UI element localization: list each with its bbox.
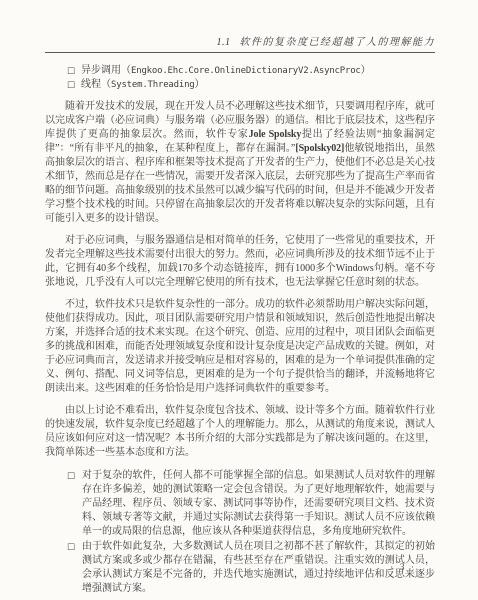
code-identifier: System.Threading	[111, 80, 195, 90]
paren-close: ）	[361, 65, 371, 76]
paren-open: （	[121, 65, 131, 76]
paragraph-domain-complexity: 不过，软件技术只是软件复杂性的一部分。成功的软件必须帮助用户解决实际问题，使他们…	[45, 298, 435, 396]
list-item-label: 线程	[81, 79, 101, 90]
paren-close: ）	[195, 79, 205, 90]
list-item-advice-information: □对于复杂的软件，任何人都不可能掌握全部的信息。如果测试人员对软件的理解存在许多…	[67, 469, 435, 539]
expert-name: Jole Spolsky	[249, 129, 302, 140]
page-content: □异步调用（Engkoo.Ehc.Core.OnlineDictionaryV2…	[45, 60, 435, 597]
square-bullet-icon: □	[67, 469, 75, 483]
list-item-text: 对于复杂的软件，任何人都不可能掌握全部的信息。如果测试人员对软件的理解存在许多偏…	[82, 470, 435, 537]
testing-advice-list: □对于复杂的软件，任何人都不可能掌握全部的信息。如果测试人员对软件的理解存在许多…	[45, 469, 435, 596]
square-bullet-icon: □	[67, 80, 75, 90]
header-rule	[45, 52, 435, 53]
citation-ref: [Spolsky02]	[295, 143, 344, 154]
list-item-label: 异步调用	[81, 65, 121, 76]
list-item-advice-iteration: □由于软件如此复杂，大多数测试人员在项目之初都不甚了解软件，其拟定的初始测试方案…	[67, 540, 435, 596]
square-bullet-icon: □	[67, 66, 75, 76]
section-title: 软件的复杂度已经超越了人的理解能力	[240, 37, 436, 48]
paragraph-bing-dict-tech: 对于必应词典，与服务器通信是相对简单的任务，它使用了一些常见的重要技术，开发者完…	[45, 234, 435, 290]
page-header: 1.1软件的复杂度已经超越了人的理解能力	[45, 33, 435, 53]
paren-open: （	[101, 79, 111, 90]
code-identifier: Engkoo.Ehc.Core.OnlineDictionaryV2.Async…	[131, 66, 361, 76]
list-item-async-call: □异步调用（Engkoo.Ehc.Core.OnlineDictionaryV2…	[67, 64, 435, 78]
section-number: 1.1	[217, 37, 231, 48]
page-number: · 3 ·	[390, 563, 416, 573]
list-item-thread: □线程（System.Threading）	[67, 78, 435, 92]
paragraph-summary: 由以上讨论不难看出，软件复杂度包含技术、领域、设计等多个方面。随着软件行业的快速…	[45, 404, 435, 460]
running-head: 1.1软件的复杂度已经超越了人的理解能力	[45, 33, 435, 52]
book-page: 1.1软件的复杂度已经超越了人的理解能力 □异步调用（Engkoo.Ehc.Co…	[0, 0, 478, 600]
list-item-text: 由于软件如此复杂，大多数测试人员在项目之初都不甚了解软件，其拟定的初始测试方案或…	[82, 541, 435, 594]
paragraph-abstraction-leak: 随着开发技术的发展，现在开发人员不必理解这些技术细节，只要调用程序库，就可以完成…	[45, 100, 435, 226]
square-bullet-icon: □	[67, 540, 75, 554]
api-reference-list: □异步调用（Engkoo.Ehc.Core.OnlineDictionaryV2…	[45, 64, 435, 92]
para-text: 他敏锐地指出，虽然高抽象层次的语言、程序库和框架等技术提高了开发者的生产力，使他…	[45, 143, 435, 224]
